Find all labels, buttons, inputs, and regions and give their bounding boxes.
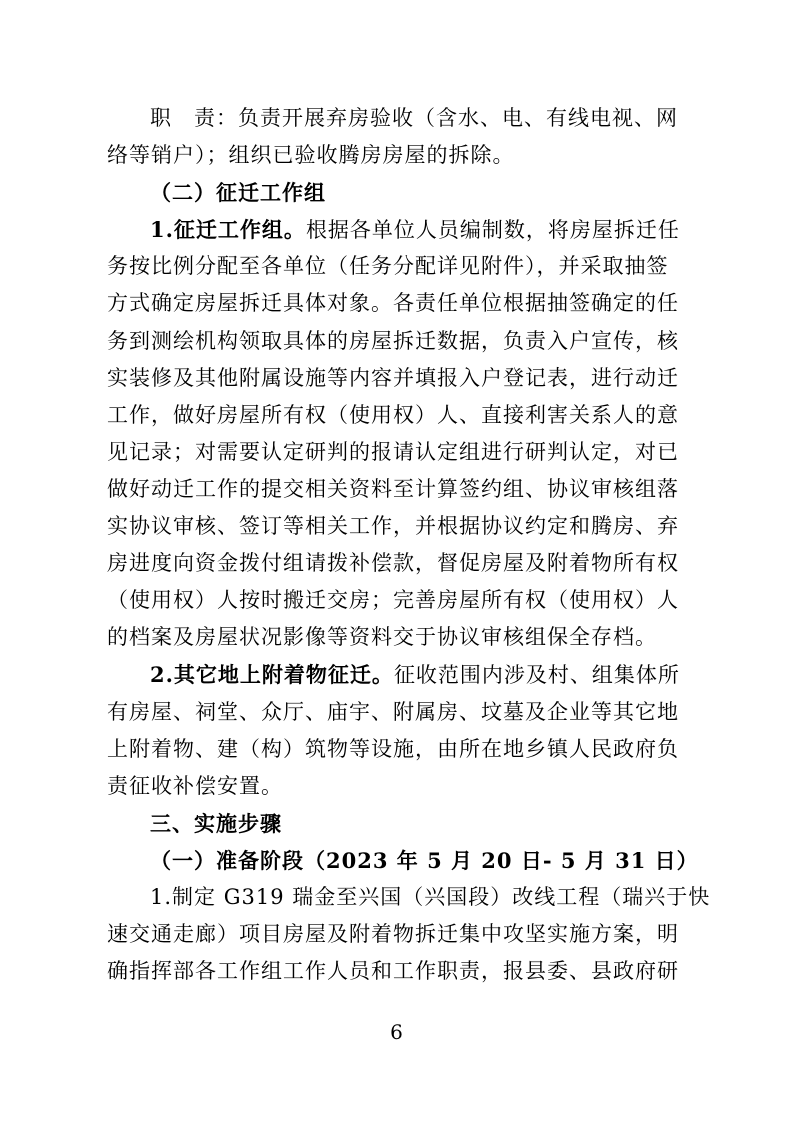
text-run: 实装修及其他附属设施等内容并填报入户登记表，进行动迁	[107, 366, 679, 390]
text-run: 职 责：负责开展弃房验收（含水、电、有线电视、网	[150, 106, 678, 130]
text-line: 络等销户）；组织已验收腾房房屋的拆除。	[107, 137, 683, 174]
document-body: 职 责：负责开展弃房验收（含水、电、有线电视、网络等销户）；组织已验收腾房房屋的…	[107, 100, 683, 990]
text-line: 做好动迁工作的提交相关资料至计算签约组、协议审核组落	[107, 471, 683, 508]
text-line: 的档案及房屋状况影像等资料交于协议审核组保全存档。	[107, 619, 683, 656]
text-run: 上附着物、建（构）筑物等设施，由所在地乡镇人民政府负	[107, 737, 679, 761]
heading-line: （二）征迁工作组	[107, 174, 683, 211]
heading-line: 三、实施步骤	[107, 805, 683, 842]
text-run: 速交通走廊）项目房屋及附着物拆迁集中攻坚实施方案，明	[107, 922, 679, 946]
text-run: 2.其它地上附着物征迁。	[150, 662, 394, 687]
text-run: 务到测绘机构领取具体的房屋拆迁数据，负责入户宣传，核	[107, 329, 679, 353]
text-line: 房进度向资金拨付组请拨补偿款，督促房屋及附着物所有权	[107, 545, 683, 582]
text-run: 责征收补偿安置。	[107, 774, 283, 798]
text-line: 方式确定房屋拆迁具体对象。各责任单位根据抽签确定的任	[107, 285, 683, 322]
page-number: 6	[0, 1020, 793, 1044]
text-run: 务按比例分配至各单位（任务分配详见附件），并采取抽签	[107, 254, 669, 278]
text-run: 实协议审核、签订等相关工作，并根据协议约定和腾房、弃	[107, 514, 679, 538]
text-line: 上附着物、建（构）筑物等设施，由所在地乡镇人民政府负	[107, 731, 683, 768]
text-run: 根据各单位人员编制数，将房屋拆迁任	[306, 218, 680, 242]
text-run: 方式确定房屋拆迁具体对象。各责任单位根据抽签确定的任	[107, 291, 679, 315]
text-line: 1.制定 G319 瑞金至兴国（兴国段）改线工程（瑞兴于快	[107, 879, 683, 916]
text-line: 见记录；对需要认定研判的报请认定组进行研判认定，对已	[107, 434, 683, 471]
text-line: 速交通走廊）项目房屋及附着物拆迁集中攻坚实施方案，明	[107, 916, 683, 953]
text-run: 三、实施步骤	[150, 811, 282, 836]
text-line: 实装修及其他附属设施等内容并填报入户登记表，进行动迁	[107, 360, 683, 397]
text-run: （二）征迁工作组	[150, 180, 326, 205]
text-run: 有房屋、祠堂、众厅、庙宇、附属房、坟墓及企业等其它地	[107, 700, 679, 724]
text-line: 确指挥部各工作组工作人员和工作职责，报县委、县政府研	[107, 953, 683, 990]
text-line: 2.其它地上附着物征迁。征收范围内涉及村、组集体所	[107, 656, 683, 693]
text-run: 1.征迁工作组。	[150, 217, 306, 242]
text-line: （使用权）人按时搬迁交房；完善房屋所有权（使用权）人	[107, 582, 683, 619]
text-line: 职 责：负责开展弃房验收（含水、电、有线电视、网	[107, 100, 683, 137]
text-line: 实协议审核、签订等相关工作，并根据协议约定和腾房、弃	[107, 508, 683, 545]
text-run: 的档案及房屋状况影像等资料交于协议审核组保全存档。	[107, 625, 657, 649]
heading-line: （一）准备阶段（2023 年 5 月 20 日- 5 月 31 日）	[107, 842, 683, 879]
text-line: 务到测绘机构领取具体的房屋拆迁数据，负责入户宣传，核	[107, 323, 683, 360]
text-run: 工作，做好房屋所有权（使用权）人、直接利害关系人的意	[107, 403, 679, 427]
text-line: 有房屋、祠堂、众厅、庙宇、附属房、坟墓及企业等其它地	[107, 694, 683, 731]
text-run: （使用权）人按时搬迁交房；完善房屋所有权（使用权）人	[107, 588, 679, 612]
text-run: 络等销户）；组织已验收腾房房屋的拆除。	[107, 143, 515, 167]
text-run: 见记录；对需要认定研判的报请认定组进行研判认定，对已	[107, 440, 679, 464]
text-run: 做好动迁工作的提交相关资料至计算签约组、协议审核组落	[107, 477, 679, 501]
text-run: 确指挥部各工作组工作人员和工作职责，报县委、县政府研	[107, 959, 679, 983]
text-line: 务按比例分配至各单位（任务分配详见附件），并采取抽签	[107, 248, 683, 285]
text-line: 1.征迁工作组。根据各单位人员编制数，将房屋拆迁任	[107, 211, 683, 248]
text-run: 征收范围内涉及村、组集体所	[394, 663, 680, 687]
text-run: （一）准备阶段（2023 年 5 月 20 日- 5 月 31 日）	[150, 848, 699, 873]
text-run: 1.制定 G319 瑞金至兴国（兴国段）改线工程（瑞兴于快	[150, 885, 710, 909]
text-line: 工作，做好房屋所有权（使用权）人、直接利害关系人的意	[107, 397, 683, 434]
text-run: 房进度向资金拨付组请拨补偿款，督促房屋及附着物所有权	[107, 551, 679, 575]
text-line: 责征收补偿安置。	[107, 768, 683, 805]
document-page: 职 责：负责开展弃房验收（含水、电、有线电视、网络等销户）；组织已验收腾房房屋的…	[0, 0, 793, 1122]
